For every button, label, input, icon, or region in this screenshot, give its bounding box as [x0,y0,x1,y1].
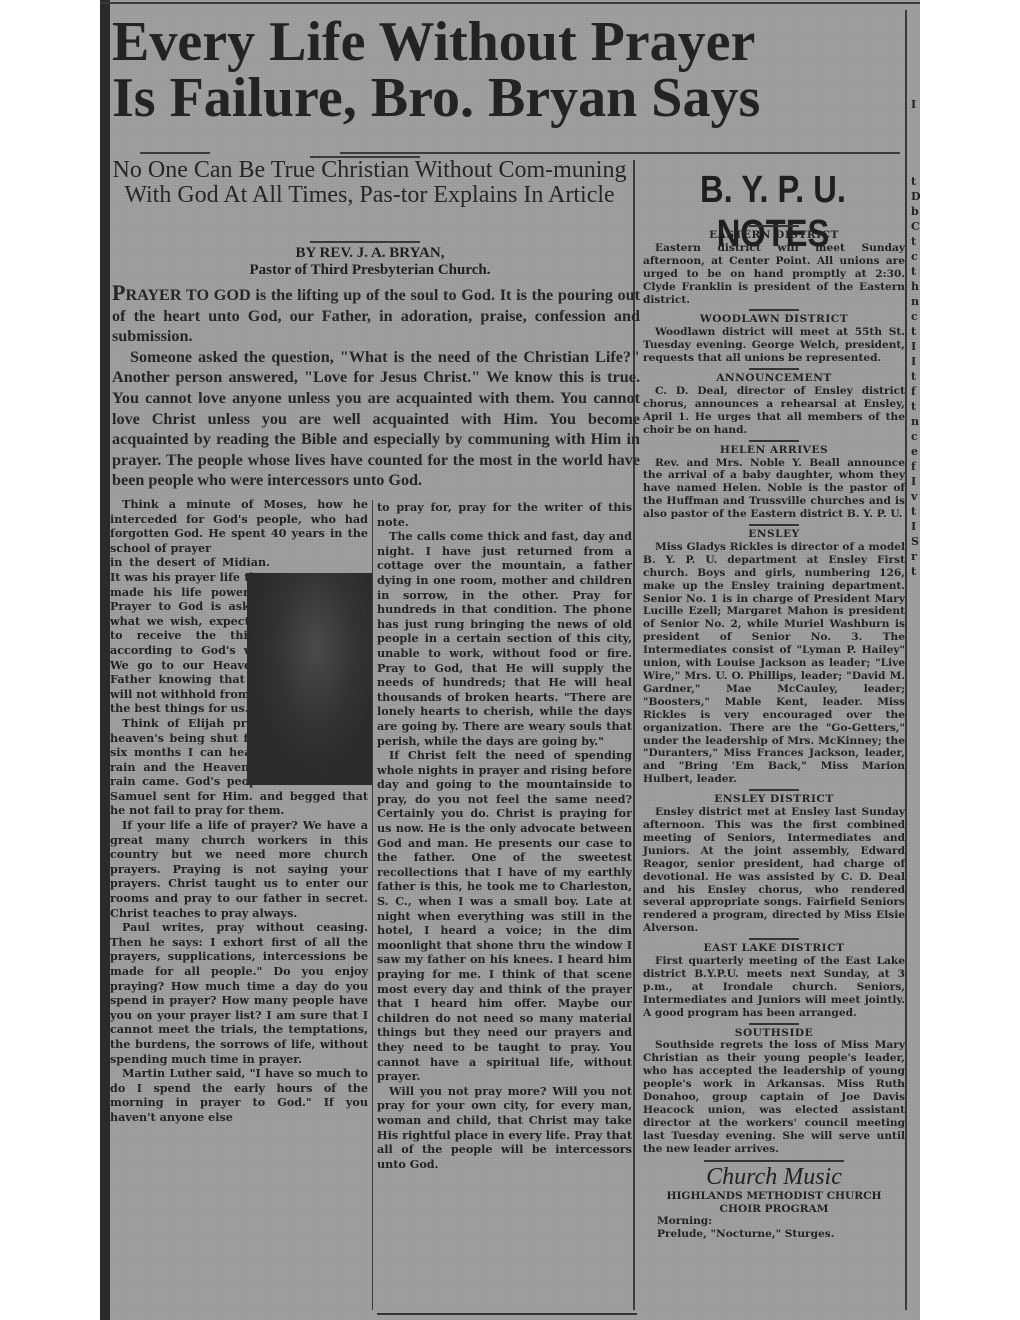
fragment-letter: I [911,475,916,489]
fragment-letter: t [911,235,916,249]
fragment-letter: n [911,295,919,309]
article-headline: Every Life Without Prayer Is Failure, Br… [112,14,902,126]
section-rule [749,225,799,227]
fragment-letter: t [911,175,916,189]
col2-paragraph: The calls come thick and fast, day and n… [377,529,632,748]
fragment-letter: n [911,415,919,429]
fragment-letter: t [911,265,916,279]
newspaper-page: Every Life Without Prayer Is Failure, Br… [100,0,920,1320]
lead-paragraph-1: PRAYER TO GOD is the lifting up of the s… [112,283,640,347]
article-column-2: to pray for, pray for the writer of this… [377,500,632,1171]
section-heading-ensley-district: ENSLEY DISTRICT [643,793,905,806]
section-rule [749,309,799,311]
byp-notes-column: EASTERN DISTRICT Eastern district will m… [643,222,905,1241]
section-heading-ensley: ENSLEY [643,528,905,541]
section-heading-east-lake: EAST LAKE DISTRICT [643,942,905,955]
church-music-rule [704,1160,844,1162]
section-body-ensley-district: Ensley district met at Ensley last Sunda… [643,806,905,935]
scan-edge [100,0,110,1320]
col1-paragraph-moses: Think a minute of Moses, how he interced… [110,497,368,555]
fragment-letter: I [911,520,916,534]
section-body-announcement: C. D. Deal, director of Ensley district … [643,385,905,437]
drop-cap: P [112,280,125,305]
article-byline: BY REV. J. A. BRYAN, Pastor of Third Pre… [200,245,540,279]
col1-paragraph: Martin Luther said, "I have so much to d… [110,1066,368,1124]
fragment-letter: c [911,250,918,264]
fragment-letter: D [911,190,920,204]
fragment-letter: S [911,535,919,549]
col2-paragraph: If Christ felt the need of spending whol… [377,748,632,1084]
section-heading-southside: SOUTHSIDE [643,1027,905,1040]
fragment-letter: t [911,505,916,519]
byline-title: Pastor of Third Presbyterian Church. [200,262,540,279]
section-rule [749,440,799,442]
section-heading-announcement: ANNOUNCEMENT [643,372,905,385]
section-heading-eastern: EASTERN DISTRICT [643,229,905,242]
section-rule [749,524,799,526]
fragment-letter: t [911,325,916,339]
subhead-rule-bottom [310,241,420,243]
headline-line-2: Is Failure, Bro. Bryan Says [112,70,902,126]
section-body-eastern: Eastern district will meet Sunday aftern… [643,242,905,307]
church-music-title: Church Music [643,1164,905,1190]
fragment-letter: f [911,385,916,399]
section-rule [749,938,799,940]
lead-paragraph-2: Someone asked the question, "What is the… [112,347,640,491]
column-divider-right [905,10,907,1310]
section-heading-woodlawn: WOODLAWN DISTRICT [643,313,905,326]
fragment-letter: b [911,205,919,219]
col1-paragraph: If your life a life of prayer? We have a… [110,818,368,920]
article-lead: PRAYER TO GOD is the lifting up of the s… [112,283,640,491]
author-portrait-photo [247,573,373,785]
section-body-ensley: Miss Gladys Rickles is director of a mod… [643,541,905,786]
article-end-rule [377,1313,637,1315]
fragment-letter: I [911,340,916,354]
fragment-letter: h [911,280,919,294]
fragment-letter: v [911,490,917,504]
church-music-line: Prelude, "Nocturne," Sturges. [643,1228,905,1241]
fragment-letter: r [911,550,917,564]
fragment-letter: I [911,355,916,369]
col2-paragraph: Will you not pray more? Will you not pra… [377,1084,632,1172]
section-heading-helen: HELEN ARRIVES [643,444,905,457]
fragment-letter: C [911,220,920,234]
headline-rule-right [340,152,900,154]
adjacent-column-fragment: ItDbCtcthnctIItftncefIvtISrt [908,0,920,1320]
section-rule [749,1023,799,1025]
section-rule [749,789,799,791]
headline-line-1: Every Life Without Prayer [112,14,902,70]
fragment-letter: e [911,445,918,459]
section-rule [749,368,799,370]
fragment-letter: c [911,430,918,444]
section-body-southside: Southside regrets the loss of Miss Mary … [643,1039,905,1155]
church-music-subtitle-1: HIGHLANDS METHODIST CHURCH [643,1190,905,1203]
col1-wrap-text: in the desert of Midian. It was his pray… [110,555,270,701]
fragment-letter: c [911,310,918,324]
col2-paragraph: to pray for, pray for the writer of this… [377,500,632,529]
fragment-letter: t [911,370,916,384]
top-rule [100,2,920,4]
fragment-letter: t [911,565,916,579]
section-body-east-lake: First quarterly meeting of the East Lake… [643,955,905,1020]
headline-rule-left [140,152,210,154]
column-divider-article [372,500,373,1310]
byline-author: BY REV. J. A. BRYAN, [200,245,540,262]
fragment-letter: I [911,98,916,112]
section-body-helen: Rev. and Mrs. Noble Y. Beall announce th… [643,457,905,522]
section-body-woodlawn: Woodlawn district will meet at 55th St. … [643,326,905,365]
church-music-line: Morning: [643,1215,905,1228]
fragment-letter: t [911,400,916,414]
article-subhead: No One Can Be True Christian Without Com… [112,158,627,208]
col1-paragraph: Paul writes, pray without ceasing. Then … [110,920,368,1066]
fragment-letter: f [911,460,916,474]
church-music-subtitle-2: CHOIR PROGRAM [643,1203,905,1216]
